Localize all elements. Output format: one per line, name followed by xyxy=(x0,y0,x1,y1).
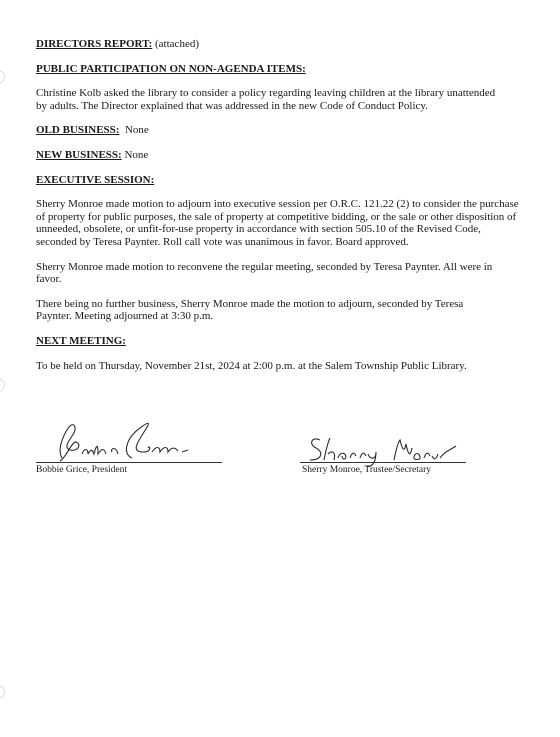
hole-punch-mark xyxy=(0,378,5,392)
president-signature-block: Bobbie Grice, President xyxy=(36,418,226,478)
hole-punch-mark xyxy=(0,70,5,84)
old-business-value: None xyxy=(119,124,148,136)
next-meeting-heading: NEXT MEETING: xyxy=(36,335,126,347)
hole-punch-mark xyxy=(0,685,5,699)
public-participation-heading-block: PUBLIC PARTICIPATION ON NON-AGENDA ITEMS… xyxy=(36,63,536,76)
executive-session-heading: EXECUTIVE SESSION: xyxy=(36,174,154,186)
next-meeting-heading-block: NEXT MEETING: xyxy=(36,335,536,348)
reconvene-paragraph: Sherry Monroe made motion to reconvene t… xyxy=(36,261,496,286)
president-signature-label: Bobbie Grice, President xyxy=(36,465,127,475)
adjourn-paragraph: There being no further business, Sherry … xyxy=(36,298,496,323)
minutes-page: DIRECTORS REPORT: (attached) PUBLIC PART… xyxy=(36,38,536,384)
president-signature-line xyxy=(36,462,222,463)
secretary-signature-block: Sherry Monroe, Trustee/Secretary xyxy=(300,418,480,478)
secretary-signature-line xyxy=(300,462,466,463)
next-meeting-body: To be held on Thursday, November 21st, 2… xyxy=(36,360,536,373)
directors-report-section: DIRECTORS REPORT: (attached) xyxy=(36,38,536,51)
directors-report-value: (attached) xyxy=(152,38,199,50)
secretary-signature-label: Sherry Monroe, Trustee/Secretary xyxy=(302,465,431,475)
new-business-value: None xyxy=(122,149,149,161)
signature-area: Bobbie Grice, President Sherry Monroe, T… xyxy=(36,418,536,478)
old-business-section: OLD BUSINESS: None xyxy=(36,124,536,137)
public-participation-body: Christine Kolb asked the library to cons… xyxy=(36,87,496,112)
executive-session-heading-block: EXECUTIVE SESSION: xyxy=(36,174,536,187)
secretary-signature-scribble xyxy=(306,430,456,470)
public-participation-heading: PUBLIC PARTICIPATION ON NON-AGENDA ITEMS… xyxy=(36,63,306,75)
new-business-heading: NEW BUSINESS: xyxy=(36,149,122,161)
new-business-section: NEW BUSINESS: None xyxy=(36,149,536,162)
directors-report-heading: DIRECTORS REPORT: xyxy=(36,38,152,50)
executive-session-paragraph: Sherry Monroe made motion to adjourn int… xyxy=(36,198,524,248)
president-signature-scribble xyxy=(52,418,202,464)
old-business-heading: OLD BUSINESS: xyxy=(36,124,119,136)
